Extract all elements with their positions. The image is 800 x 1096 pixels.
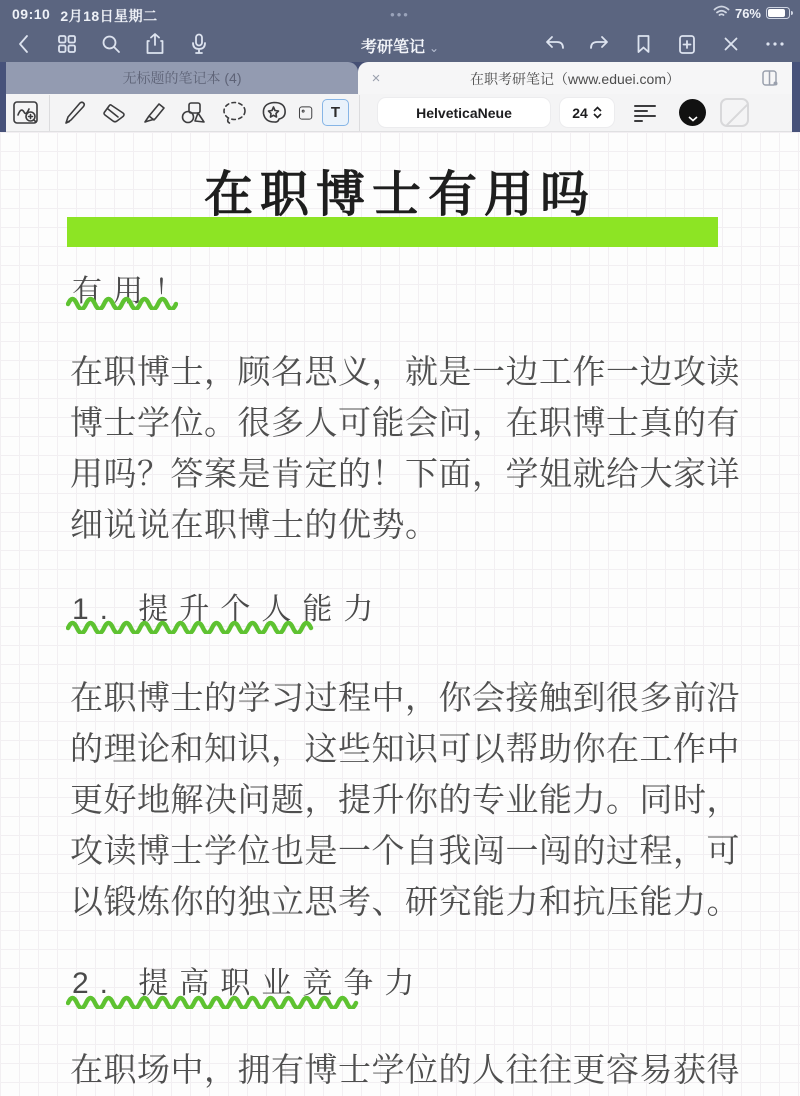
wavy-underline bbox=[66, 993, 364, 1009]
top-bar: 09:10 2月18日星期二 ••• 76% 考研笔记⌄ bbox=[0, 0, 800, 62]
highlighter-tool-icon[interactable] bbox=[137, 96, 171, 130]
tab-label: 在职考研笔记（www.eduei.com） bbox=[358, 69, 792, 89]
redo-icon[interactable] bbox=[586, 31, 612, 57]
close-icon[interactable] bbox=[718, 31, 744, 57]
left-page-edge bbox=[0, 62, 6, 132]
paragraph-intro: 在职博士，顾名思义，就是一边工作一边攻读 博士学位。很多人可能会问，在职博士真的… bbox=[70, 346, 740, 550]
eraser-tool-icon[interactable] bbox=[97, 96, 131, 130]
grabber-dots[interactable]: ••• bbox=[0, 7, 800, 22]
wavy-underline bbox=[66, 618, 320, 634]
divider bbox=[49, 95, 50, 131]
tab-bar: 无标题的笔记本 (4) × 在职考研笔记（www.eduei.com） bbox=[0, 62, 800, 94]
paragraph-ability: 在职博士的学习过程中，你会接触到很多前沿 的理论和知识，这些知识可以帮助你在工作… bbox=[70, 672, 740, 927]
title-block: 在职博士有用吗 bbox=[0, 156, 800, 252]
note-title: 在职博士有用吗 bbox=[0, 156, 800, 226]
tab-untitled-notebook[interactable]: 无标题的笔记本 (4) bbox=[6, 62, 358, 94]
stepper-chevrons-icon[interactable] bbox=[593, 106, 602, 119]
tab-label: 无标题的笔记本 (4) bbox=[123, 68, 242, 88]
status-bar: 09:10 2月18日星期二 ••• 76% bbox=[0, 0, 800, 28]
more-options-icon[interactable] bbox=[762, 31, 788, 57]
zoom-window-tool-icon[interactable] bbox=[8, 96, 42, 130]
image-tool-icon[interactable] bbox=[297, 96, 313, 130]
wavy-underline bbox=[66, 294, 178, 310]
pen-tool-icon[interactable] bbox=[57, 96, 91, 130]
paragraph-career: 在职场中，拥有博士学位的人往往更容易获得 bbox=[70, 1044, 740, 1095]
font-size-stepper[interactable]: 24 bbox=[560, 98, 614, 127]
font-size-value: 24 bbox=[572, 105, 588, 121]
note-page[interactable]: 在职博士有用吗 有用！ 在职博士，顾名思义，就是一边工作一边攻读 博士学位。很多… bbox=[0, 132, 800, 1096]
battery-icon bbox=[766, 7, 790, 19]
sticker-tool-icon[interactable] bbox=[257, 96, 291, 130]
add-page-icon[interactable] bbox=[674, 31, 700, 57]
tool-ribbon: T HelveticaNeue 24 bbox=[0, 94, 800, 132]
text-tool-button[interactable]: T bbox=[322, 99, 349, 126]
divider bbox=[359, 95, 360, 131]
battery-percent: 76% bbox=[735, 6, 761, 21]
bookmark-icon[interactable] bbox=[630, 31, 656, 57]
page-overview-icon[interactable] bbox=[760, 68, 780, 88]
fill-color-swatch[interactable] bbox=[720, 98, 749, 127]
right-page-edge bbox=[792, 62, 800, 132]
chevron-down-icon: ⌄ bbox=[429, 41, 439, 55]
undo-icon[interactable] bbox=[542, 31, 568, 57]
shapes-tool-icon[interactable] bbox=[177, 96, 211, 130]
font-select[interactable]: HelveticaNeue bbox=[378, 98, 550, 127]
lasso-tool-icon[interactable] bbox=[217, 96, 251, 130]
tab-active-notebook[interactable]: × 在职考研笔记（www.eduei.com） bbox=[358, 62, 792, 94]
wifi-icon bbox=[713, 5, 730, 21]
text-align-button[interactable] bbox=[628, 96, 662, 130]
nav-bar: 考研笔记⌄ bbox=[0, 28, 800, 62]
text-color-picker[interactable] bbox=[679, 99, 706, 126]
